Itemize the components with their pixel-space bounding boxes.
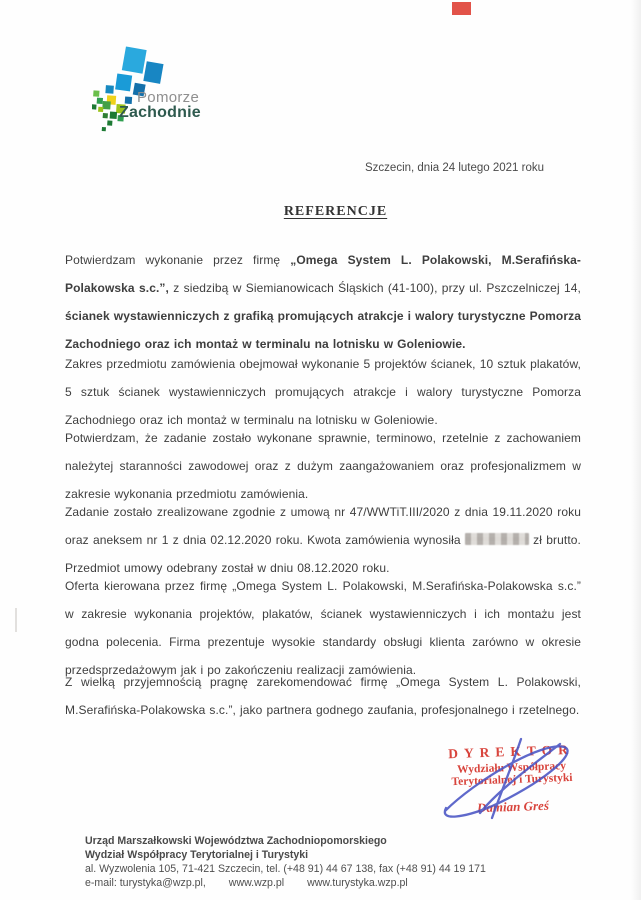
- paragraph-scope: Zakres przedmiotu zamówienia obejmował w…: [65, 350, 581, 434]
- paragraph-recommendation: Z wielką przyjemnością pragnę zarekomend…: [65, 668, 581, 724]
- footer-website-2: www.turystyka.wzp.pl: [307, 877, 408, 889]
- document-title: REFERENCJE: [0, 204, 641, 220]
- footer-address-line: al. Wyzwolenia 105, 71-421 Szczecin, tel…: [85, 862, 486, 876]
- paragraph-quality: Potwierdzam, że zadanie zostało wykonane…: [65, 424, 581, 508]
- scan-red-corner-mark: [452, 2, 471, 15]
- paragraph-confirmation: Potwierdzam wykonanie przez firmę „Omega…: [65, 246, 581, 358]
- scan-edge-shadow: [631, 0, 641, 900]
- document-page: Pomorze Zachodnie Szczecin, dnia 24 lute…: [0, 0, 641, 900]
- redacted-amount: [465, 533, 529, 545]
- footer-email: e-mail: turystyka@wzp.pl,: [85, 877, 206, 889]
- paragraph-contract: Zadanie zostało zrealizowane zgodnie z u…: [65, 498, 581, 582]
- footer-org-name: Urząd Marszałkowski Województwa Zachodni…: [85, 834, 486, 848]
- handwritten-signature: [420, 733, 605, 833]
- footer-contact-block: Urząd Marszałkowski Województwa Zachodni…: [85, 834, 486, 890]
- scan-left-artifact: [15, 608, 17, 632]
- logo-text-zachodnie: Zachodnie: [119, 104, 201, 122]
- footer-web-line: e-mail: turystyka@wzp.pl, www.wzp.pl www…: [85, 876, 486, 890]
- footer-website-1: www.wzp.pl: [229, 877, 284, 889]
- date-line: Szczecin, dnia 24 lutego 2021 roku: [365, 162, 544, 174]
- pomorze-zachodnie-logo: Pomorze Zachodnie: [92, 45, 232, 140]
- footer-dept-name: Wydział Współpracy Terytorialnej i Turys…: [85, 848, 486, 862]
